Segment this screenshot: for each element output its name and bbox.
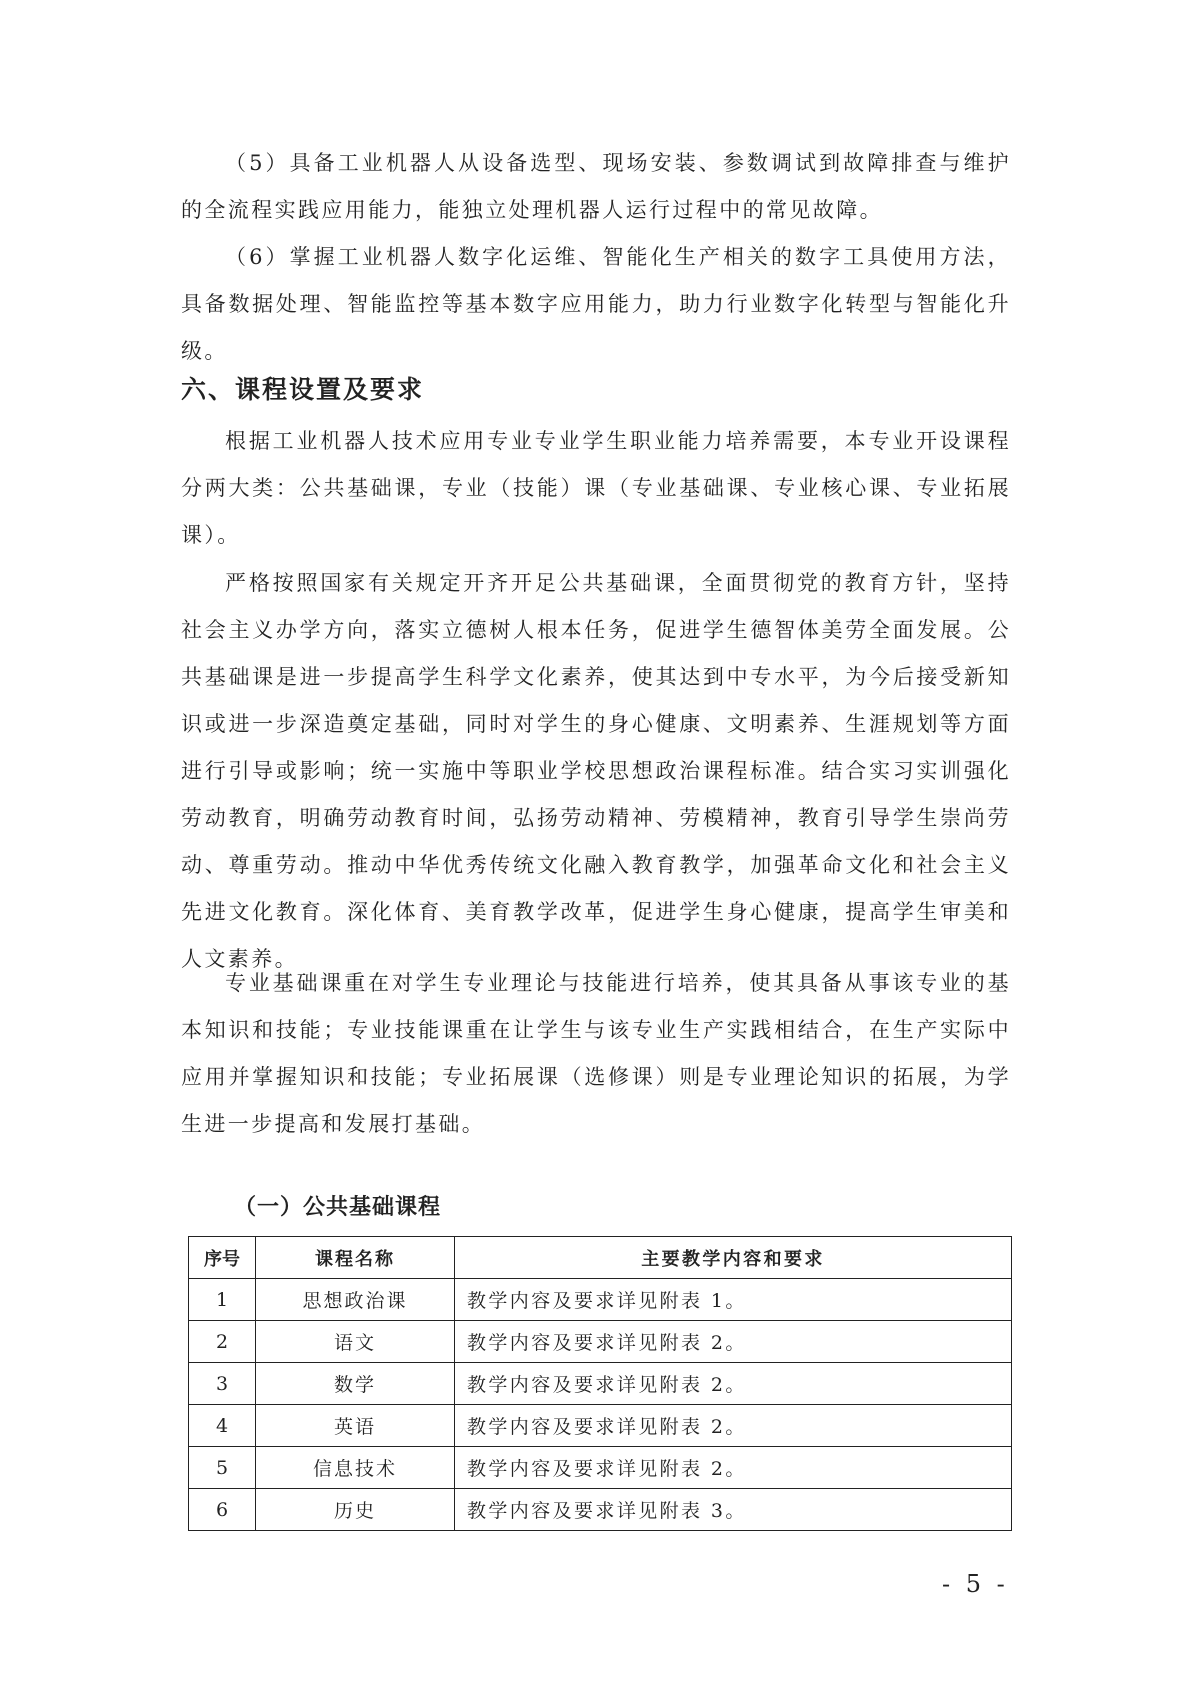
table-row: 3 数学 教学内容及要求详见附表 2。 (189, 1363, 1012, 1405)
cell-course-name: 语文 (256, 1321, 455, 1363)
header-number: 序号 (189, 1237, 256, 1279)
table-row: 4 英语 教学内容及要求详见附表 2。 (189, 1405, 1012, 1447)
cell-number: 6 (189, 1489, 256, 1531)
cell-number: 4 (189, 1405, 256, 1447)
paragraph-item-6: （6）掌握工业机器人数字化运维、智能化生产相关的数字工具使用方法，具备数据处理、… (181, 234, 1011, 375)
header-course-name: 课程名称 (256, 1237, 455, 1279)
cell-number: 2 (189, 1321, 256, 1363)
paragraph-course-categories: 根据工业机器人技术应用专业专业学生职业能力培养需要，本专业开设课程分两大类：公共… (181, 418, 1011, 559)
header-content: 主要教学内容和要求 (455, 1237, 1012, 1279)
paragraph-item-5: （5）具备工业机器人从设备选型、现场安装、参数调试到故障排查与维护的全流程实践应… (181, 140, 1011, 234)
page-number: - 5 - (942, 1570, 1009, 1598)
paragraph-professional-courses: 专业基础课重在对学生专业理论与技能进行培养，使其具备从事该专业的基本知识和技能；… (181, 960, 1011, 1148)
public-courses-table: 序号 课程名称 主要教学内容和要求 1 思想政治课 教学内容及要求详见附表 1。… (188, 1236, 1012, 1531)
cell-number: 3 (189, 1363, 256, 1405)
table-row: 1 思想政治课 教学内容及要求详见附表 1。 (189, 1279, 1012, 1321)
cell-content: 教学内容及要求详见附表 1。 (455, 1279, 1012, 1321)
cell-course-name: 思想政治课 (256, 1279, 455, 1321)
table-row: 5 信息技术 教学内容及要求详见附表 2。 (189, 1447, 1012, 1489)
cell-content: 教学内容及要求详见附表 2。 (455, 1363, 1012, 1405)
table-header-row: 序号 课程名称 主要教学内容和要求 (189, 1237, 1012, 1279)
cell-number: 1 (189, 1279, 256, 1321)
cell-course-name: 历史 (256, 1489, 455, 1531)
cell-content: 教学内容及要求详见附表 2。 (455, 1405, 1012, 1447)
cell-course-name: 信息技术 (256, 1447, 455, 1489)
paragraph-public-courses: 严格按照国家有关规定开齐开足公共基础课，全面贯彻党的教育方针，坚持社会主义办学方… (181, 560, 1011, 983)
cell-content: 教学内容及要求详见附表 2。 (455, 1321, 1012, 1363)
document-page: （5）具备工业机器人从设备选型、现场安装、参数调试到故障排查与维护的全流程实践应… (0, 0, 1191, 1684)
cell-course-name: 英语 (256, 1405, 455, 1447)
cell-content: 教学内容及要求详见附表 3。 (455, 1489, 1012, 1531)
table-row: 2 语文 教学内容及要求详见附表 2。 (189, 1321, 1012, 1363)
subsection-title: （一）公共基础课程 (234, 1190, 441, 1221)
cell-number: 5 (189, 1447, 256, 1489)
cell-course-name: 数学 (256, 1363, 455, 1405)
section-title: 六、课程设置及要求 (181, 370, 424, 406)
table-row: 6 历史 教学内容及要求详见附表 3。 (189, 1489, 1012, 1531)
cell-content: 教学内容及要求详见附表 2。 (455, 1447, 1012, 1489)
